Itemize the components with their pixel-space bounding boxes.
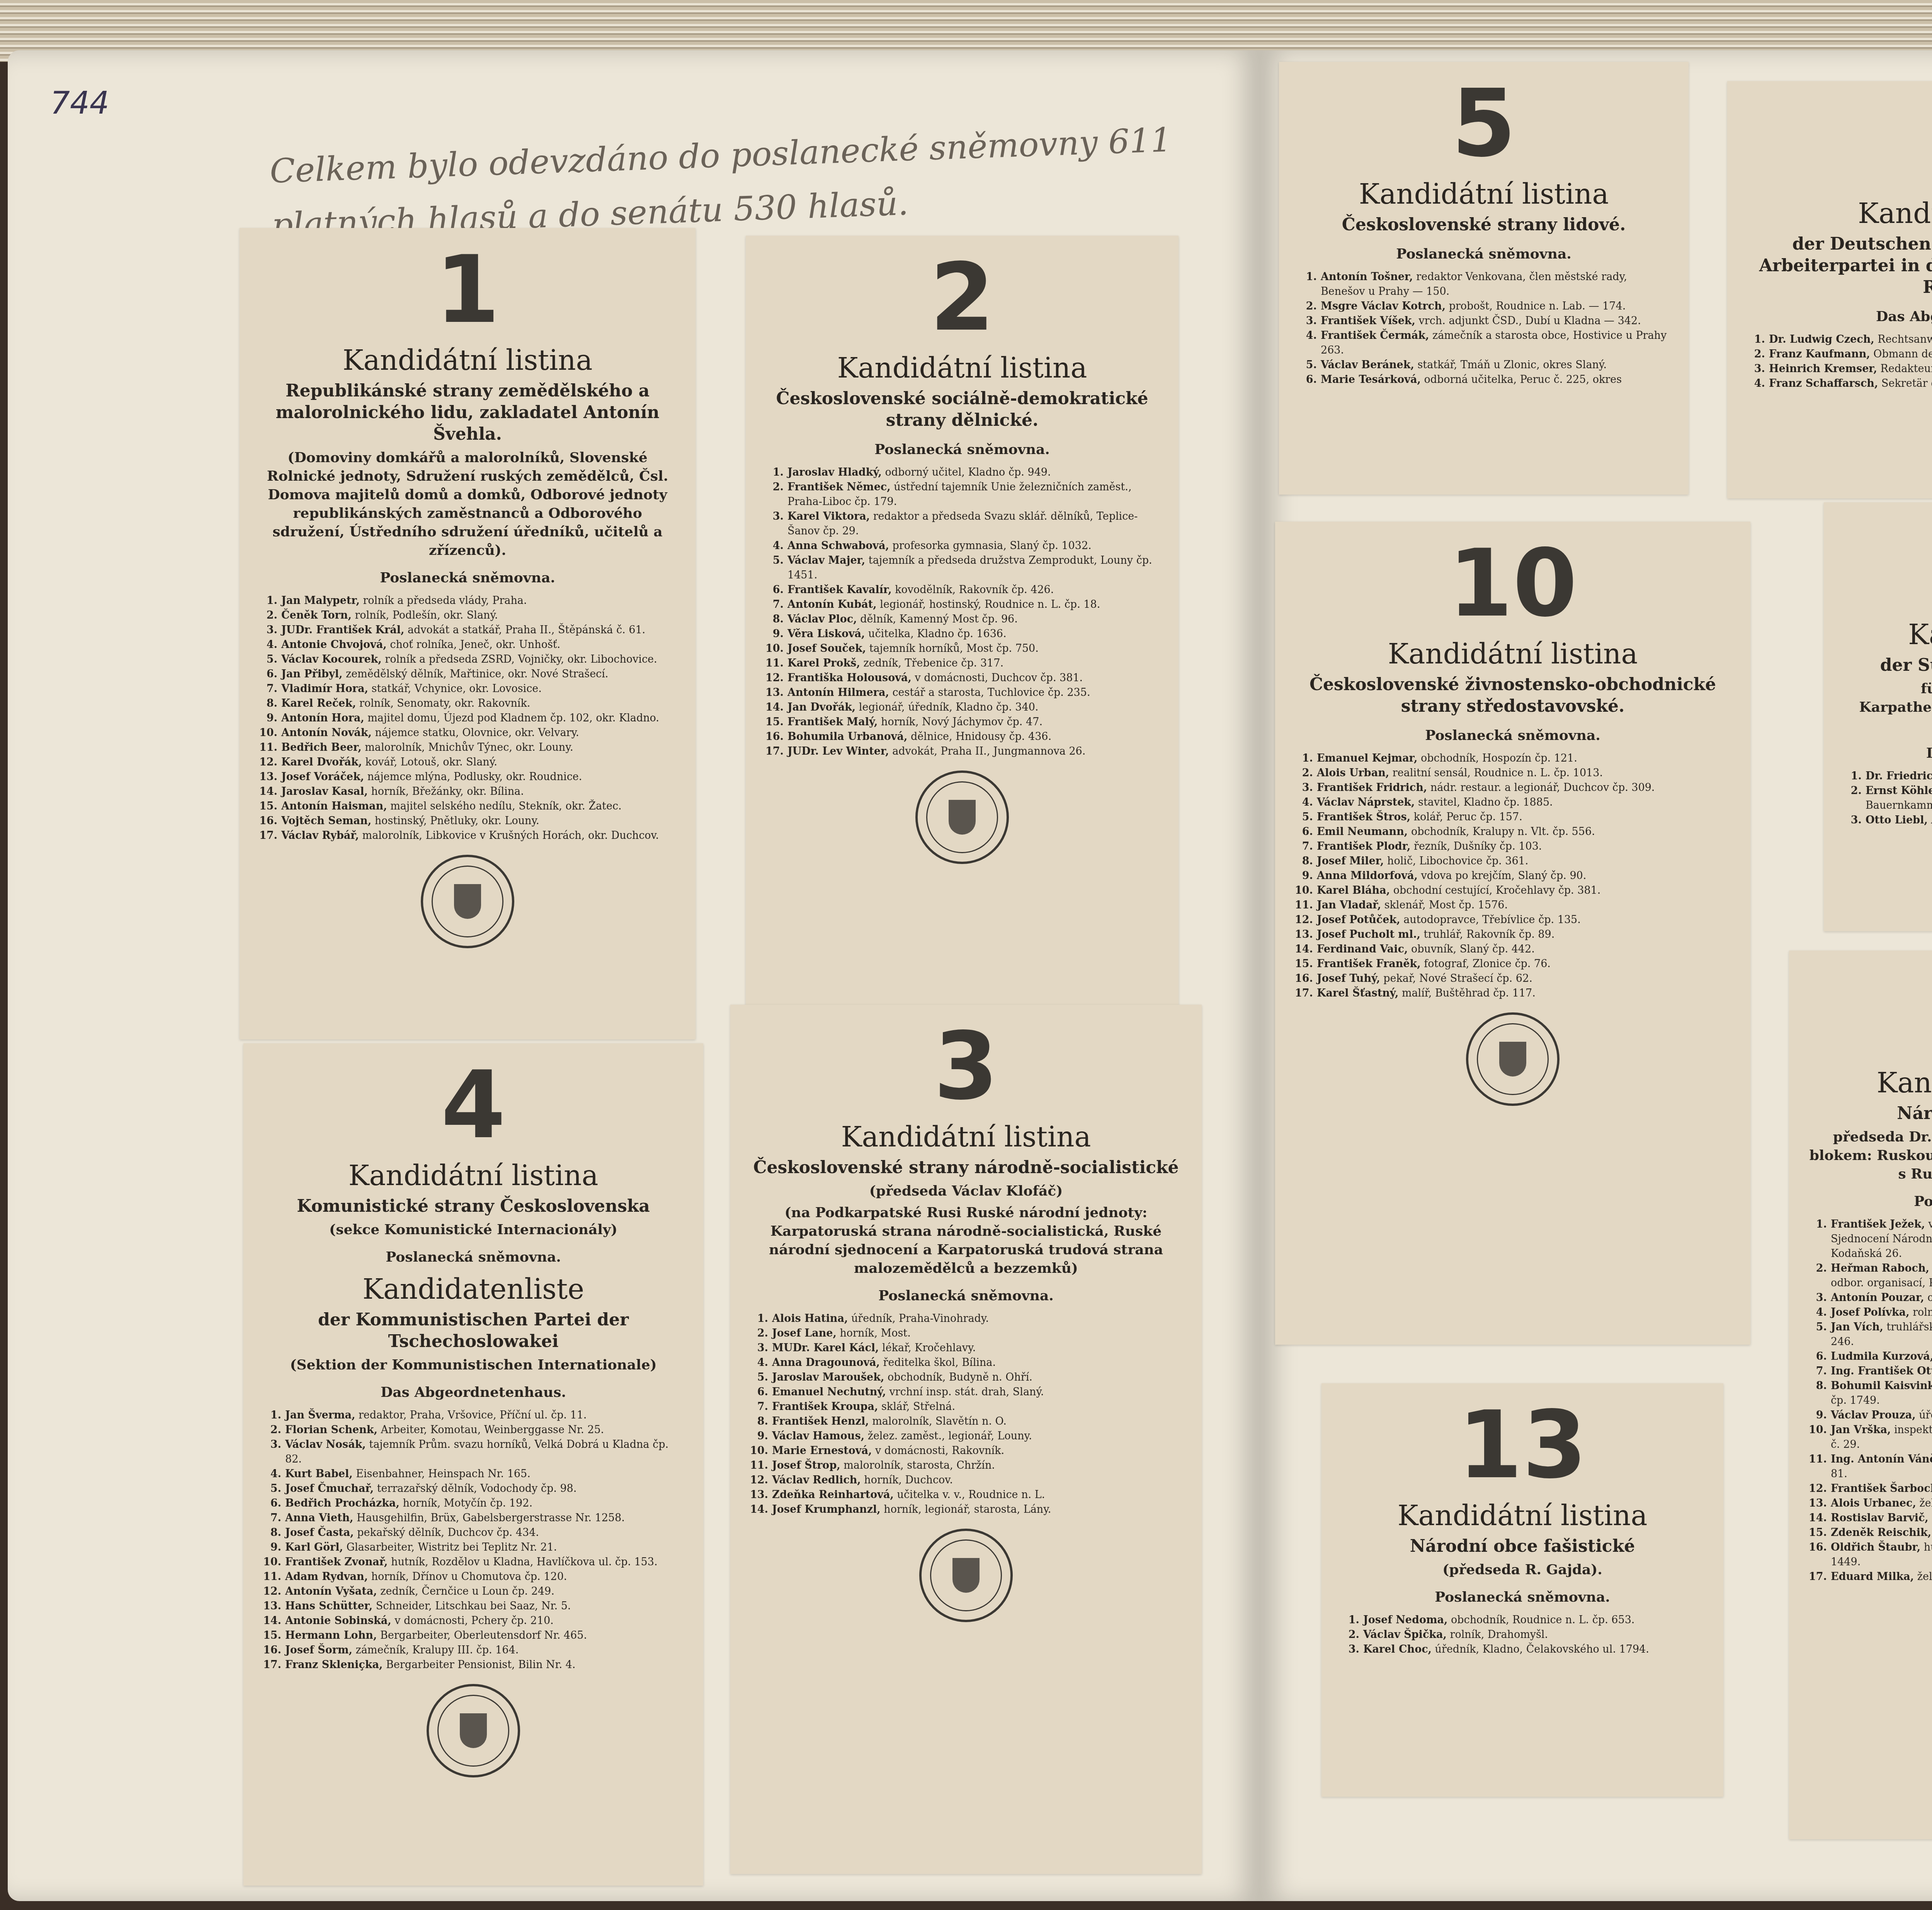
- candidate-details: v domácnosti, Duchcov čp. 381.: [915, 672, 1083, 684]
- candidate-details: kolář, Peruc čp. 157.: [1414, 811, 1522, 823]
- candidate-entry: 14.Ferdinand Vaic, obuvník, Slaný čp. 44…: [1294, 942, 1731, 957]
- candidate-details: zemědělský dělník, Mařtinice, okr. Nové …: [346, 668, 609, 680]
- candidate-rank: 10.: [1808, 1423, 1827, 1452]
- candidate-rank: 14.: [765, 700, 784, 715]
- candidate-entry: 10.Josef Souček, tajemník horníků, Most …: [765, 641, 1159, 656]
- candidate-details: dělník, Kamenný Most čp. 96.: [860, 613, 1018, 625]
- candidate-entry: 16.Josef Tuhý, pekař, Nové Strašecí čp. …: [1294, 971, 1731, 986]
- candidate-details: fotograf, Zlonice čp. 76.: [1424, 958, 1551, 970]
- candidate-rank: 5.: [259, 652, 277, 667]
- candidate-name: Václav Nosák,: [285, 1439, 366, 1451]
- candidate-rank: 2.: [1298, 299, 1317, 314]
- candidate-entry: 16.Oldřich Štaubr, hutník, Kročehlavy u …: [1808, 1540, 1932, 1570]
- candidate-name: Václav Beránek,: [1321, 359, 1414, 371]
- candidate-details: učitelka v. v., Roudnice n. L.: [897, 1489, 1045, 1501]
- candidate-rank: 4.: [765, 539, 784, 553]
- candidate-rank: 4.: [1747, 376, 1765, 391]
- candidate-entry: 9.Anna Mildorfová, vdova po krejčím, Sla…: [1294, 869, 1731, 883]
- candidate-rank: 1.: [1843, 769, 1862, 784]
- candidate-rank: 6.: [1298, 372, 1317, 387]
- candidate-name: Ludmila Kurzová,: [1831, 1350, 1932, 1362]
- candidate-details: Redakteur, Teplitz-Schönau.: [1881, 363, 1932, 375]
- list-number: 6: [1747, 97, 1932, 189]
- candidate-entry: 16.Vojtěch Seman, hostinský, Pnětluky, o…: [259, 814, 676, 828]
- candidate-entry: 3.Antonín Pouzar, obchodník na Kladně, R…: [1808, 1291, 1932, 1305]
- candidate-name: Antonín Pouzar,: [1831, 1292, 1924, 1304]
- candidate-name: Václav Náprstek,: [1317, 796, 1415, 808]
- candidate-entry: 6.Emanuel Nechutný, vrchní insp. stát. d…: [750, 1385, 1182, 1400]
- candidate-name: František Kroupa,: [772, 1401, 878, 1413]
- party-name: Komunistické strany Československa: [263, 1196, 684, 1217]
- candidate-name: František Fridrich,: [1317, 782, 1427, 794]
- candidate-entry: 1.Emanuel Kejmar, obchodník, Hospozín čp…: [1294, 751, 1731, 766]
- candidate-rank: 2.: [765, 480, 784, 509]
- candidate-rank: 9.: [259, 711, 277, 726]
- candidate-details: Rechtsanwalt, Brünn.: [1878, 333, 1932, 345]
- candidate-name: Bedřich Procházka,: [285, 1497, 400, 1509]
- candidate-details: obchodník, Kralupy n. Vlt. čp. 556.: [1411, 826, 1595, 838]
- candidate-entry: 11.Adam Rydvan, horník, Dřínov u Chomuto…: [263, 1570, 684, 1584]
- candidate-rank: 15.: [1294, 957, 1313, 971]
- candidate-name: Vladimír Hora,: [281, 683, 368, 695]
- candidate-name: Jan Vích,: [1831, 1321, 1883, 1333]
- candidate-rank: 11.: [263, 1570, 281, 1584]
- candidate-name: Ernst Köhler,: [1866, 785, 1932, 797]
- party-name: Československé živnostensko-obchodnické …: [1294, 674, 1731, 717]
- candidate-rank: 11.: [1294, 898, 1313, 913]
- candidate-entry: 6.Ludmila Kurzová, choť profesora v Roud…: [1808, 1349, 1932, 1364]
- candidate-name: Rostislav Barvič,: [1831, 1512, 1929, 1524]
- candidate-name: František Víšek,: [1321, 315, 1415, 327]
- candidate-details: horník, Dřínov u Chomutova čp. 120.: [371, 1571, 567, 1583]
- election-commission-stamp-icon: [1466, 1012, 1560, 1106]
- candidate-name: František Ježek,: [1831, 1218, 1925, 1230]
- party-name: der Deutschen sozialdemokratischen Arbei…: [1747, 233, 1932, 298]
- candidate-entry: 8.Josef Časta, pekařský dělník, Duchcov …: [263, 1526, 684, 1540]
- candidate-rank: 13.: [263, 1599, 281, 1614]
- candidate-name: Msgre Václav Kotrch,: [1321, 300, 1446, 312]
- candidate-rank: 3.: [1747, 362, 1765, 376]
- candidate-details: Bergarbeiter Pensionist, Bilin Nr. 4.: [386, 1659, 575, 1671]
- candidate-name: Zdeněk Reischik,: [1831, 1527, 1931, 1539]
- chamber-heading: Poslanecká sněmovna.: [1294, 727, 1731, 743]
- candidate-details: majitel domu, Újezd pod Kladnem čp. 102,…: [367, 712, 659, 724]
- candidate-rank: 6.: [1808, 1349, 1827, 1364]
- candidate-name: Antonín Hora,: [281, 712, 364, 724]
- candidate-rank: 14.: [1808, 1511, 1827, 1526]
- list-title: Kandidátní listina: [263, 1159, 684, 1192]
- candidate-rank: 3.: [263, 1437, 281, 1467]
- candidate-entry: 2.Václav Špička, rolník, Drahomyšl.: [1341, 1628, 1704, 1642]
- candidate-details: zedník, Černčice u Loun čp. 249.: [380, 1585, 554, 1597]
- candidate-details: kovář, Lotouš, okr. Slaný.: [366, 756, 497, 768]
- candidate-rank: 9.: [263, 1540, 281, 1555]
- candidate-rank: 10.: [1294, 883, 1313, 898]
- candidate-details: malorolník, starosta, Chržín.: [844, 1459, 995, 1471]
- candidate-name: Emanuel Kejmar,: [1317, 752, 1417, 764]
- candidate-name: Anna Vieth,: [285, 1512, 354, 1524]
- candidate-list-3: 3Kandidátní listinaČeskoslovenské strany…: [730, 1005, 1202, 1874]
- candidate-entry: 9.Antonín Hora, majitel domu, Újezd pod …: [259, 711, 676, 726]
- candidate-entry: 2.Čeněk Torn, rolník, Podlešín, okr. Sla…: [259, 608, 676, 623]
- candidate-details: pekařský dělník, Duchcov čp. 434.: [357, 1527, 539, 1539]
- candidate-details: malorolník, Mnichův Týnec, okr. Louny.: [365, 742, 573, 753]
- candidate-entry: 6.Jan Přibyl, zemědělský dělník, Mařtini…: [259, 667, 676, 682]
- candidate-details: statkář, Vchynice, okr. Lovosice.: [372, 683, 542, 695]
- election-commission-stamp-icon: [421, 855, 514, 948]
- candidate-entry: 3.Karel Choc, úředník, Kladno, Čelakovsk…: [1341, 1642, 1704, 1657]
- candidate-entry: 12.Karel Dvořák, kovář, Lotouš, okr. Sla…: [259, 755, 676, 770]
- candidate-details: sklář, Střelná.: [881, 1401, 955, 1413]
- candidate-entry: 14.Jan Dvořák, legionář, úředník, Kladno…: [765, 700, 1159, 715]
- candidate-entry: 5.Jaroslav Maroušek, obchodník, Budyně n…: [750, 1370, 1182, 1385]
- party-name: Republikánské strany zemědělského a malo…: [259, 380, 676, 445]
- candidate-rank: 14.: [750, 1502, 768, 1517]
- candidate-list: 1.Jan Malypetr, rolník a předseda vlády,…: [259, 594, 676, 843]
- candidate-rank: 16.: [765, 730, 784, 744]
- candidate-entry: 3.Karel Viktora, redaktor a předseda Sva…: [765, 509, 1159, 539]
- candidate-details: sklenář, Most čp. 1576.: [1384, 899, 1508, 911]
- candidate-details: Bergarbeiter, Oberleutensdorf Nr. 465.: [380, 1629, 587, 1641]
- candidate-name: Václav Prouza,: [1831, 1409, 1916, 1421]
- candidate-entry: 17.Franz Skleniçka, Bergarbeiter Pension…: [263, 1658, 684, 1672]
- candidate-name: Josef Pucholt ml.,: [1317, 929, 1420, 941]
- candidate-list: 1.Josef Nedoma, obchodník, Roudnice n. L…: [1341, 1613, 1704, 1657]
- candidate-details: Hausgehilfin, Brüx, Gabelsbergerstrasse …: [357, 1512, 625, 1524]
- candidate-rank: 12.: [765, 671, 784, 685]
- candidate-name: Jaroslav Hladký,: [787, 466, 882, 478]
- candidate-entry: 5.František Štros, kolář, Peruc čp. 157.: [1294, 810, 1731, 825]
- page-number-left: 744: [50, 85, 109, 121]
- candidate-name: Karel Viktora,: [787, 510, 870, 522]
- candidate-entry: 4.Václav Náprstek, stavitel, Kladno čp. …: [1294, 795, 1731, 810]
- candidate-entry: 14.Rostislav Barvič, stát. veterinární r…: [1808, 1511, 1932, 1526]
- candidate-rank: 3.: [765, 509, 784, 539]
- candidate-name: Karel Bláha,: [1317, 884, 1390, 896]
- list-number: 13: [1341, 1399, 1704, 1492]
- party-subtitle: für das Karpathengebiet: Karpathendeutsc…: [1843, 679, 1932, 735]
- list-number: 5: [1298, 77, 1669, 170]
- candidate-entry: 17.Karel Šťastný, malíř, Buštěhrad čp. 1…: [1294, 986, 1731, 1001]
- candidate-entry: 5.Václav Majer, tajemník a předseda druž…: [765, 553, 1159, 583]
- candidate-entry: 14.Josef Krumphanzl, horník, legionář, s…: [750, 1502, 1182, 1517]
- party-subtitle: (předseda R. Gajda).: [1341, 1560, 1704, 1579]
- candidate-details: rolník, Senomaty, okr. Rakovník.: [359, 697, 530, 709]
- candidate-entry: 4.Anna Dragounová, ředitelka škol, Bílin…: [750, 1356, 1182, 1370]
- candidate-entry: 10.František Zvonař, hutník, Rozdělov u …: [263, 1555, 684, 1570]
- candidate-name: Alois Urbanec,: [1831, 1497, 1916, 1509]
- candidate-rank: 1.: [259, 594, 277, 608]
- candidate-rank: 1.: [1298, 270, 1317, 299]
- candidate-name: Dr. Friedrich Zippelius,: [1866, 770, 1932, 782]
- candidate-entry: 13.Antonín Hilmera, cestář a starosta, T…: [765, 685, 1159, 700]
- candidate-list-12: 12Kandidatenlisteder Sudetendeutschen Pa…: [1824, 502, 1932, 931]
- candidate-rank: 2.: [750, 1326, 768, 1341]
- candidate-name: MUDr. Karel Kácl,: [772, 1342, 879, 1354]
- candidate-rank: 12.: [1294, 913, 1313, 927]
- candidate-entry: 3.František Víšek, vrch. adjunkt ČSD., D…: [1298, 314, 1669, 328]
- candidate-list-6: 6Kandidatenlisteder Deutschen sozialdemo…: [1727, 81, 1932, 498]
- candidate-details: horník, Motyčín čp. 192.: [403, 1497, 532, 1509]
- candidate-entry: 16.Josef Šorm, zámečník, Kralupy III. čp…: [263, 1643, 684, 1658]
- candidate-details: zámečník, Kralupy III. čp. 164.: [355, 1644, 519, 1656]
- candidate-entry: 13.Josef Voráček, nájemce mlýna, Podlusk…: [259, 770, 676, 784]
- candidate-rank: 17.: [765, 744, 784, 759]
- candidate-name: Anna Schwabová,: [787, 540, 889, 552]
- candidate-entry: 10.Jan Vrška, inspektor dolů v. v. a sta…: [1808, 1423, 1932, 1452]
- candidate-rank: 1.: [1808, 1217, 1827, 1261]
- candidate-details: horník, Nový Jáchymov čp. 47.: [881, 716, 1043, 728]
- candidate-details: malíř, Buštěhrad čp. 117.: [1402, 987, 1536, 999]
- candidate-rank: 13.: [1294, 927, 1313, 942]
- candidate-details: horník, Most.: [840, 1327, 910, 1339]
- candidate-details: tajemník horníků, Most čp. 750.: [869, 643, 1039, 655]
- candidate-rank: 16.: [263, 1643, 281, 1658]
- candidate-entry: 2.Franz Kaufmann, Obmann des Int. Metall…: [1747, 347, 1932, 362]
- candidate-entry: 7.František Plodr, řezník, Dušníky čp. 1…: [1294, 839, 1731, 854]
- candidate-name: Hermann Lohn,: [285, 1629, 377, 1641]
- candidate-details: zedník, Třebenice čp. 317.: [863, 657, 1003, 669]
- candidate-rank: 3.: [750, 1341, 768, 1356]
- candidate-entry: 10.Karel Bláha, obchodní cestující, Kroč…: [1294, 883, 1731, 898]
- candidate-entry: 8.Bohumil Kaisvinkler, ředitel stát. čsl…: [1808, 1379, 1932, 1408]
- candidate-rank: 6.: [259, 667, 277, 682]
- candidate-entry: 4.Franz Schaffarsch, Sekretär der Union …: [1747, 376, 1932, 391]
- candidate-list-5: 5Kandidátní listinaČeskoslovenské strany…: [1279, 62, 1689, 495]
- candidate-entry: 3.MUDr. Karel Kácl, lékař, Kročehlavy.: [750, 1341, 1182, 1356]
- candidate-rank: 8.: [263, 1526, 281, 1540]
- list-title: Kandidátní listina: [259, 344, 676, 376]
- chamber-heading: Poslanecká sněmovna.: [765, 441, 1159, 458]
- candidate-name: Jan Šverma,: [285, 1409, 355, 1421]
- candidate-entry: 4.Anna Schwabová, profesorka gymnasia, S…: [765, 539, 1159, 553]
- candidate-entry: 8.Josef Miler, holič, Libochovice čp. 36…: [1294, 854, 1731, 869]
- candidate-rank: 4.: [1298, 328, 1317, 358]
- candidate-name: Franz Skleniçka,: [285, 1659, 383, 1671]
- candidate-name: František Štros,: [1317, 811, 1410, 823]
- candidate-list: 1.Dr. Ludwig Czech, Rechtsanwalt, Brünn.…: [1747, 332, 1932, 391]
- candidate-rank: 4.: [263, 1467, 281, 1481]
- candidate-rank: 2.: [263, 1423, 281, 1437]
- candidate-rank: 12.: [263, 1584, 281, 1599]
- list-title: Kandidátní listina: [765, 352, 1159, 384]
- candidate-details: malorolník, Libkovice v Krušných Horách,…: [362, 830, 659, 842]
- party-name: Československé sociálně-demokratické str…: [765, 388, 1159, 431]
- candidate-details: rolník a předseda vlády, Praha.: [363, 595, 527, 607]
- candidate-details: dělnice, Hnidousy čp. 436.: [911, 731, 1051, 743]
- candidate-name: František Henzl,: [772, 1415, 869, 1427]
- candidate-entry: 9.Václav Hamous, želez. zaměst., legioná…: [750, 1429, 1182, 1444]
- candidate-rank: 6.: [765, 583, 784, 597]
- candidate-entry: 2.Heřman Raboch, horník a předseda horni…: [1808, 1261, 1932, 1291]
- candidate-rank: 9.: [765, 627, 784, 641]
- candidate-name: Václav Ploc,: [787, 613, 857, 625]
- candidate-rank: 5.: [1808, 1320, 1827, 1349]
- candidate-details: obchodník na Kladně, Rösslerova ul. 2563…: [1927, 1292, 1932, 1304]
- candidate-name: Bedřich Beer,: [281, 742, 362, 753]
- candidate-entry: 2.Ernst Köhler, Landwirt, vormals Sekret…: [1843, 784, 1932, 813]
- candidate-name: Eduard Milka,: [1831, 1571, 1914, 1583]
- candidate-rank: 5.: [765, 553, 784, 583]
- candidate-list-1: 1Kandidátní listinaRepublikánské strany …: [240, 228, 696, 1039]
- candidate-details: želez. zaměst., legionář, Louny.: [868, 1430, 1032, 1442]
- candidate-details: advokát a statkář, Praha II., Štěpánská …: [408, 624, 645, 636]
- candidate-name: Ing. František Otta,: [1831, 1365, 1932, 1377]
- candidate-details: ředitelka škol, Bílina.: [883, 1357, 996, 1369]
- candidate-rank: 13.: [259, 770, 277, 784]
- candidate-details: profesorka gymnasia, Slaný čp. 1032.: [892, 540, 1091, 552]
- candidate-details: choť rolníka, Jeneč, okr. Unhošť.: [390, 639, 560, 651]
- candidate-details: odborný učitel, Kladno čp. 949.: [885, 466, 1051, 478]
- candidate-name: Bohumil Kaisvinkler,: [1831, 1380, 1932, 1392]
- candidate-details: vrch. adjunkt ČSD., Dubí u Kladna — 342.: [1419, 315, 1641, 327]
- party-subtitle: (předseda Václav Klofáč): [750, 1182, 1182, 1200]
- candidate-details: úředník, Kladno, Čelakovského ul. 1794.: [1435, 1643, 1649, 1655]
- candidate-name: Václav Kocourek,: [281, 653, 382, 665]
- candidate-entry: 16.Bohumila Urbanová, dělnice, Hnidousy …: [765, 730, 1159, 744]
- candidate-entry: 6.Emil Neumann, obchodník, Kralupy n. Vl…: [1294, 825, 1731, 839]
- party-name-german: der Kommunistischen Partei der Tschechos…: [263, 1309, 684, 1352]
- candidate-name: František Němec,: [787, 481, 891, 493]
- list-title: Kandidátní listina: [1298, 178, 1669, 210]
- candidate-rank: 8.: [1294, 854, 1313, 869]
- candidate-entry: 14.Antonie Sobinská, v domácnosti, Pcher…: [263, 1614, 684, 1628]
- candidate-entry: 3.JUDr. František Král, advokát a statká…: [259, 623, 676, 638]
- candidate-list-13: 13Kandidátní listinaNárodní obce fašisti…: [1321, 1383, 1723, 1797]
- candidate-name: Josef Krumphanzl,: [772, 1504, 881, 1515]
- candidate-entry: 1.Jan Šverma, redaktor, Praha, Vršovice,…: [263, 1408, 684, 1423]
- candidate-details: redaktor, Praha, Vršovice, Příční ul. čp…: [359, 1409, 587, 1421]
- candidate-rank: 12.: [259, 755, 277, 770]
- list-number: 16: [1808, 966, 1932, 1059]
- candidate-name: Josef Šorm,: [285, 1644, 352, 1656]
- candidate-details: hutník, Rozdělov u Kladna, Havlíčkova ul…: [391, 1556, 658, 1568]
- candidate-entry: 1.Dr. Ludwig Czech, Rechtsanwalt, Brünn.: [1747, 332, 1932, 347]
- candidate-rank: 10.: [750, 1444, 768, 1458]
- party-name: Národní obce fašistické: [1341, 1536, 1704, 1557]
- candidate-details: rolník a předseda ZSRD, Vojničky, okr. L…: [385, 653, 657, 665]
- candidate-entry: 13.Hans Schütter, Schneider, Litschkau b…: [263, 1599, 684, 1614]
- candidate-entry: 6.Marie Tesárková, odborná učitelka, Per…: [1298, 372, 1669, 387]
- candidate-rank: 14.: [263, 1614, 281, 1628]
- candidate-rank: 1.: [765, 465, 784, 480]
- candidate-details: nádr. restaur. a legionář, Duchcov čp. 3…: [1430, 782, 1655, 794]
- candidate-list-16: 16Kandidátní listinaNárodního sjednocení…: [1789, 951, 1932, 1839]
- candidate-details: odborná učitelka, Peruc č. 225, okres: [1424, 374, 1622, 386]
- candidate-rank: 3.: [1294, 781, 1313, 795]
- candidate-name: Bohumila Urbanová,: [787, 731, 907, 743]
- candidate-list: 1.Dr. Friedrich Zippelius, Rechtsanwalt,…: [1843, 769, 1932, 828]
- candidate-rank: 11.: [1808, 1452, 1827, 1481]
- chamber-heading: Das Abgeordnetenhaus.: [1843, 745, 1932, 761]
- election-commission-stamp-icon: [915, 770, 1009, 864]
- chamber-heading: Poslanecká sněmovna.: [1808, 1193, 1932, 1209]
- candidate-name: Karel Choc,: [1363, 1643, 1432, 1655]
- chamber-heading: Poslanecká sněmovna.: [1341, 1589, 1704, 1605]
- candidate-details: statkář, Tmáň u Zlonic, okres Slaný.: [1417, 359, 1607, 371]
- candidate-name: František Plodr,: [1317, 840, 1410, 852]
- candidate-entry: 8.František Henzl, malorolník, Slavětín …: [750, 1414, 1182, 1429]
- candidate-name: Anna Mildorfová,: [1317, 870, 1418, 882]
- candidate-rank: 13.: [765, 685, 784, 700]
- candidate-name: Josef Potůček,: [1317, 914, 1400, 926]
- candidate-details: legionář, úředník, Kladno čp. 340.: [859, 701, 1039, 713]
- candidate-details: vdova po krejčím, Slaný čp. 90.: [1421, 870, 1586, 882]
- candidate-rank: 2.: [1843, 784, 1862, 813]
- candidate-entry: 12.Václav Redlich, horník, Duchcov.: [750, 1473, 1182, 1488]
- candidate-rank: 14.: [259, 784, 277, 799]
- candidate-rank: 8.: [1808, 1379, 1827, 1408]
- candidate-entry: 12.Františka Holousová, v domácnosti, Du…: [765, 671, 1159, 685]
- candidate-details: v domácnosti, Pchery čp. 210.: [395, 1615, 553, 1627]
- candidate-details: obchodník, Roudnice n. L. čp. 653.: [1451, 1614, 1634, 1626]
- election-commission-stamp-icon: [919, 1529, 1013, 1622]
- candidate-details: horník, legionář, starosta, Lány.: [884, 1504, 1051, 1515]
- candidate-name: František Šarboch,: [1831, 1483, 1932, 1495]
- candidate-name: Františka Holousová,: [787, 672, 912, 684]
- candidate-list-4: 4Kandidátní listinaKomunistické strany Č…: [243, 1043, 703, 1886]
- party-name: Československé strany národně-socialisti…: [750, 1157, 1182, 1179]
- candidate-rank: 4.: [1808, 1305, 1827, 1320]
- candidate-rank: 2.: [1341, 1628, 1359, 1642]
- candidate-details: úředník, Praha-Vinohrady.: [851, 1313, 989, 1325]
- coat-of-arms-icon: [460, 1713, 487, 1748]
- candidate-name: Josef Souček,: [787, 643, 866, 655]
- candidate-name: Heřman Raboch,: [1831, 1262, 1929, 1274]
- party-subtitle-2: (na Podkarpatské Rusi Ruské národní jedn…: [750, 1203, 1182, 1277]
- candidate-name: Marie Ernestová,: [772, 1445, 872, 1457]
- candidate-details: legionář, hostinský, Roudnice n. L. čp. …: [880, 599, 1100, 611]
- coat-of-arms-icon: [454, 884, 481, 919]
- candidate-entry: 1.Dr. Friedrich Zippelius, Rechtsanwalt,…: [1843, 769, 1932, 784]
- candidate-rank: 2.: [1747, 347, 1765, 362]
- candidate-entry: 8.Václav Ploc, dělník, Kamenný Most čp. …: [765, 612, 1159, 627]
- candidate-name: Václav Špička,: [1363, 1629, 1447, 1641]
- candidate-details: rolník, Drahomyšl.: [1450, 1629, 1548, 1641]
- candidate-rank: 11.: [765, 656, 784, 671]
- candidate-details: Arbeiter, Komotau, Weinberggasse Nr. 25.: [381, 1424, 604, 1436]
- candidate-details: Obmann des Int. Metallarbeiterverbandes,…: [1873, 348, 1932, 360]
- candidate-details: obchodník, Hospozín čp. 121.: [1421, 752, 1577, 764]
- list-title: Kandidátní listina: [1294, 638, 1731, 670]
- candidate-entry: 15.František Malý, horník, Nový Jáchymov…: [765, 715, 1159, 730]
- candidate-rank: 16.: [1808, 1540, 1827, 1570]
- candidate-rank: 15.: [765, 715, 784, 730]
- candidate-entry: 3.Heinrich Kremser, Redakteur, Teplitz-S…: [1747, 362, 1932, 376]
- candidate-name: Marie Tesárková,: [1321, 374, 1421, 386]
- candidate-entry: 4.František Čermák, zámečník a starosta …: [1298, 328, 1669, 358]
- list-number: 1: [259, 243, 676, 336]
- candidate-rank: 6.: [263, 1496, 281, 1511]
- candidate-rank: 10.: [259, 726, 277, 740]
- candidate-rank: 11.: [259, 740, 277, 755]
- candidate-rank: 4.: [750, 1356, 768, 1370]
- candidate-name: Antonie Chvojová,: [281, 639, 387, 651]
- list-number: 3: [750, 1020, 1182, 1113]
- candidate-entry: 9.Karl Görl, Glasarbeiter, Wistritz bei …: [263, 1540, 684, 1555]
- candidate-details: kovodělník, Rakovník čp. 426.: [895, 584, 1054, 596]
- candidate-rank: 17.: [263, 1658, 281, 1672]
- candidate-entry: 6.Bedřich Procházka, horník, Motyčín čp.…: [263, 1496, 684, 1511]
- party-subtitle: (sekce Komunistické Internacionály): [263, 1220, 684, 1239]
- candidate-entry: 15.František Franěk, fotograf, Zlonice č…: [1294, 957, 1731, 971]
- candidate-name: Vojtěch Seman,: [281, 815, 371, 827]
- candidate-details: realitní sensál, Roudnice n. L. čp. 1013…: [1393, 767, 1603, 779]
- candidate-details: malorolník, Slavětín n. O.: [872, 1415, 1007, 1427]
- candidate-rank: 1.: [750, 1311, 768, 1326]
- candidate-rank: 12.: [1808, 1481, 1827, 1496]
- candidate-name: Jaroslav Kasal,: [281, 786, 368, 798]
